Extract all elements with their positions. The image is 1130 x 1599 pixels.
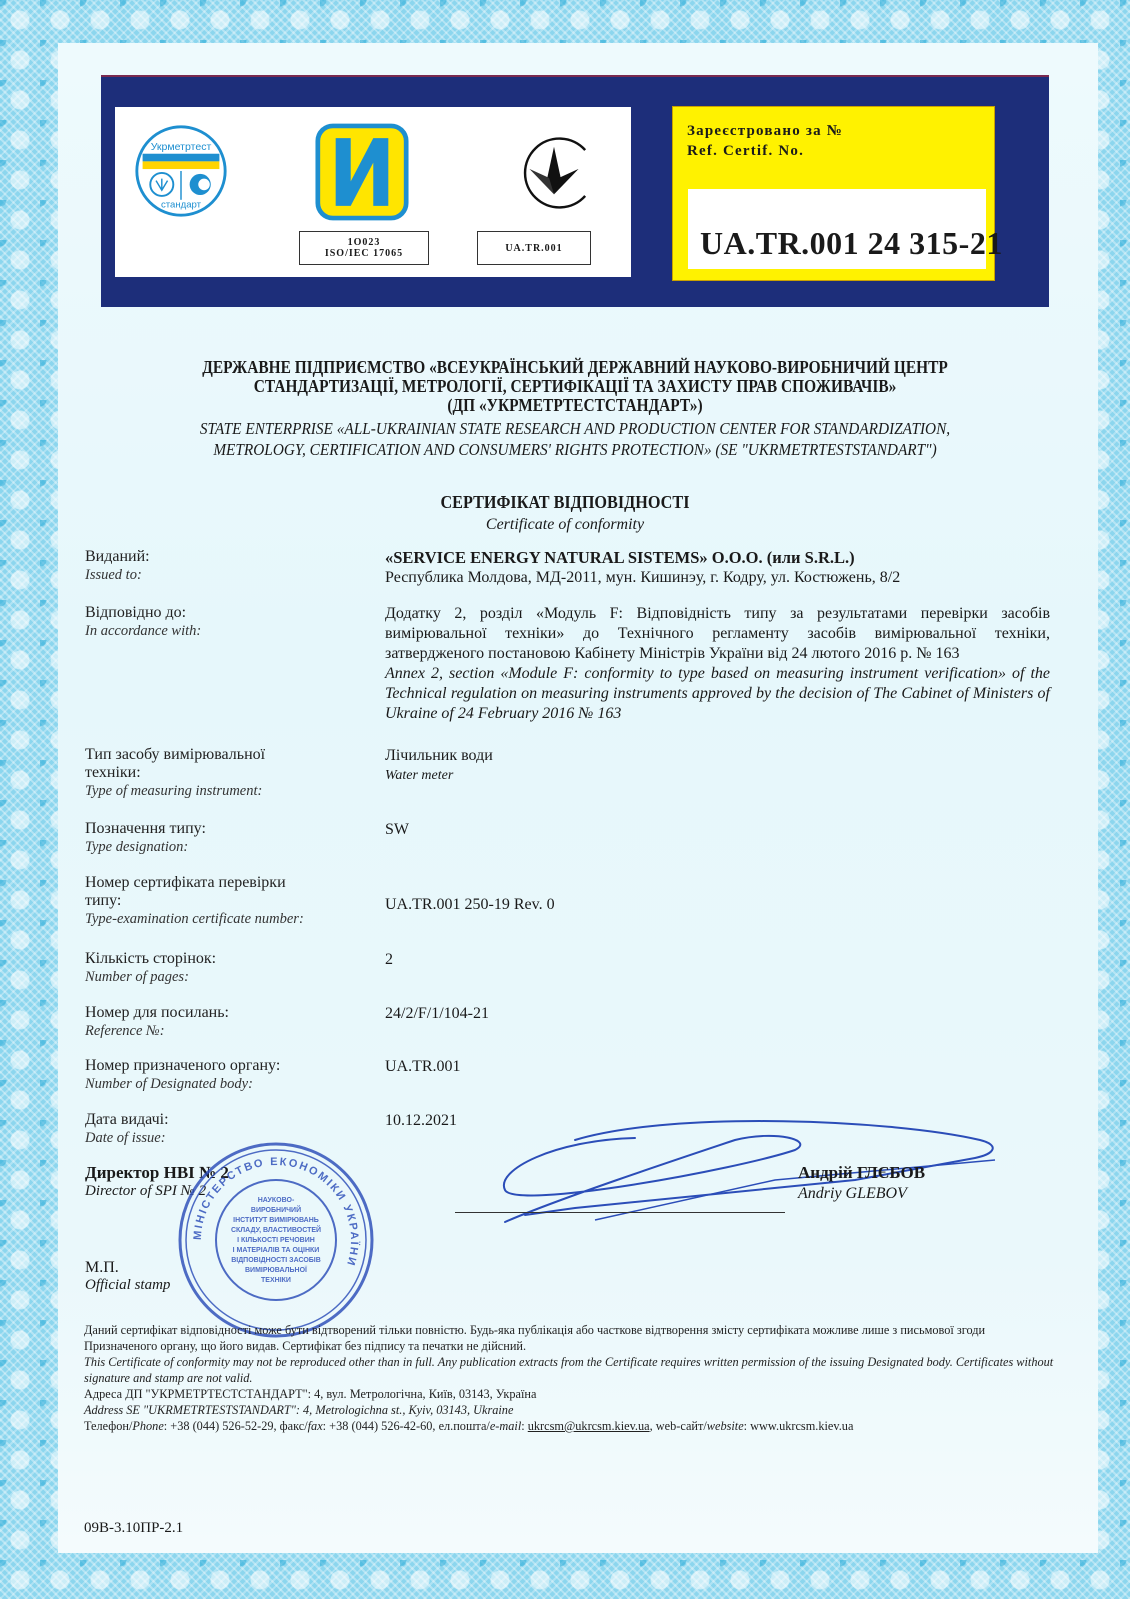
address-ua: Адреса ДП "УКРМЕТРТЕСТСТАНДАРТ": 4, вул.… [84,1386,1054,1402]
label-en: Type of measuring instrument: [85,782,365,800]
label-en: Reference №: [85,1022,365,1040]
org-en-line: STATE ENTERPRISE «ALL-UKRAINIAN STATE RE… [130,418,1021,439]
pages-value: 2 [385,950,1050,970]
label-ua: Позначення типу: [85,820,365,838]
svg-text:ІНСТИТУТ ВИМІРЮВАНЬ: ІНСТИТУТ ВИМІРЮВАНЬ [233,1217,319,1224]
label-ua: Номер сертифіката перевірки [85,874,365,892]
svg-text:ВИМІРЮВАЛЬНОЇ: ВИМІРЮВАЛЬНОЇ [245,1266,308,1274]
signer-name: Андрій ГЛЄБОВ Andriy GLEBOV [798,1163,925,1203]
field-value: «SERVICE ENERGY NATURAL SISTEMS» O.O.O. … [385,548,1050,588]
company-name: «SERVICE ENERGY NATURAL SISTEMS» O.O.O. … [385,548,1050,568]
registration-number-field: UA.TR.001 24 315-21 [688,189,986,269]
registration-number: UA.TR.001 24 315-21 [700,225,1003,262]
svg-text:стандарт: стандарт [161,199,202,210]
field-value: Лічильник води Water meter [385,746,1050,786]
svg-text:ТЕХНІКИ: ТЕХНІКИ [261,1277,291,1284]
type-exam-cert-value: UA.TR.001 250-19 Rev. 0 [385,895,1050,915]
svg-text:І МАТЕРІАЛІВ ТА ОЦІНКИ: І МАТЕРІАЛІВ ТА ОЦІНКИ [233,1247,320,1254]
registration-label-ua: Зареєстровано за № [687,121,843,141]
header-banner: Укрметртест стандарт 1O023 ISO/IEC 17065… [101,75,1049,307]
official-stamp-icon: МІНІСТЕРСТВО ЕКОНОМІКИ УКРАЇНИ НАУКОВО- … [176,1140,376,1340]
field-label: Відповідно до: In accordance with: [85,604,365,640]
registration-box: Зареєстровано за № Ref. Certif. No. UA.T… [672,106,995,281]
website-label-ua: , web-сайт/ [650,1419,707,1433]
accreditation-number-badge: 1O023 ISO/IEC 17065 [299,231,429,265]
iso-standard: ISO/IEC 17065 [300,248,428,259]
field-label: Тип засобу вимірювальної техніки: Type o… [85,746,365,800]
organization-name-en: STATE ENTERPRISE «ALL-UKRAINIAN STATE RE… [130,418,1021,460]
ukraine-conformity-mark-icon [513,125,595,221]
website-link[interactable]: : www.ukrcsm.kiev.ua [744,1419,854,1433]
svg-text:ВИРОБНИЧИЙ: ВИРОБНИЧИЙ [251,1205,301,1214]
label-en: Issued to: [85,566,365,584]
label-en: In accordance with: [85,622,365,640]
ukrmetrtest-logo-icon: Укрметртест стандарт [133,123,229,219]
label-ua: Відповідно до: [85,604,365,622]
org-en-line: METROLOGY, CERTIFICATION AND CONSUMERS' … [130,439,1021,460]
field-label: Позначення типу: Type designation: [85,820,365,856]
fax-label-en: fax [308,1419,323,1433]
notice-en: This Certificate of conformity may not b… [84,1354,1054,1386]
stamp-label: М.П. Official stamp [85,1259,170,1294]
phone-label-ua: Телефон/ [84,1419,132,1433]
svg-text:ВІДПОВІДНОСТІ ЗАСОБІВ: ВІДПОВІДНОСТІ ЗАСОБІВ [231,1257,321,1264]
label-ua: Номер призначеного органу: [85,1057,365,1075]
svg-text:СКЛАДУ, ВЛАСТИВОСТЕЙ: СКЛАДУ, ВЛАСТИВОСТЕЙ [231,1225,321,1234]
accreditation-id: 1O023 [300,237,428,248]
company-address: Республика Молдова, МД-2011, мун. Кишинэ… [385,568,1050,588]
label-ua: Кількість сторінок: [85,950,365,968]
email-label-ua: ел.пошта/ [439,1419,490,1433]
field-label: Кількість сторінок: Number of pages: [85,950,365,986]
label-ua: техніки: [85,764,365,782]
label-ua: Виданий: [85,548,365,566]
label-en: Type designation: [85,838,365,856]
label-ua: Номер для посилань: [85,1004,365,1022]
document-subtitle: Certificate of conformity [0,516,1130,534]
label-ua: Дата видачі: [85,1111,365,1129]
svg-text:І КІЛЬКОСТІ РЕЧОВИН: І КІЛЬКОСТІ РЕЧОВИН [237,1237,315,1244]
label-ua: типу: [85,892,365,910]
fax-label-ua: факс/ [280,1419,308,1433]
contacts-line: Телефон/Phone: +38 (044) 526-52-29, факс… [84,1418,1054,1434]
document-title: СЕРТИФІКАТ ВІДПОВІДНОСТІ [57,492,1074,513]
address-en: Address SE "UKRMETRTESTSTANDART": 4, Met… [84,1402,1054,1418]
field-label: Виданий: Issued to: [85,548,365,584]
document-code: 09В-3.10ПР-2.1 [84,1520,183,1537]
label-en: Number of Designated body: [85,1075,365,1093]
stamp-label-ua: М.П. [85,1259,170,1277]
logos-strip: Укрметртест стандарт 1O023 ISO/IEC 17065… [115,107,631,277]
body-number: UA.TR.001 [478,243,590,254]
website-label-en: website [707,1419,744,1433]
label-en: Type-examination certificate number: [85,910,365,928]
org-ua-line: СТАНДАРТИЗАЦІЇ, МЕТРОЛОГІЇ, СЕРТИФІКАЦІЇ… [139,377,1010,396]
signer-name-en: Andriy GLEBOV [798,1185,925,1203]
designated-body-value: UA.TR.001 [385,1057,1050,1077]
email-link[interactable]: ukrcsm@ukrcsm.kiev.ua [528,1419,650,1433]
instrument-type-en: Water meter [385,766,1050,786]
signer-name-ua: Андрій ГЛЄБОВ [798,1163,925,1183]
field-value: Додатку 2, розділ «Модуль F: Відповідніс… [385,604,1050,724]
phone-label-en: Phone [132,1419,163,1433]
stamp-label-en: Official stamp [85,1277,170,1294]
accordance-ua: Додатку 2, розділ «Модуль F: Відповідніс… [385,604,1050,664]
signature-line [455,1212,785,1213]
organization-name-ua: ДЕРЖАВНЕ ПІДПРИЄМСТВО «ВСЕУКРАЇНСЬКИЙ ДЕ… [139,358,1010,415]
fax-number: : +38 (044) 526-42-60, [323,1419,439,1433]
label-en: Number of pages: [85,968,365,986]
footer-notice: Даний сертифікат відповідності може бути… [84,1322,1054,1434]
field-label: Номер сертифіката перевірки типу: Type-e… [85,874,365,928]
registration-label-en: Ref. Certif. No. [687,141,843,161]
registration-label: Зареєстровано за № Ref. Certif. No. [687,121,843,161]
notice-ua: Даний сертифікат відповідності може бути… [84,1322,1054,1354]
accordance-en: Annex 2, section «Module F: conformity t… [385,664,1050,724]
accreditation-logo-icon [315,123,409,221]
org-ua-line: (ДП «УКРМЕТРТЕСТСТАНДАРТ») [139,396,1010,415]
phone-number: : +38 (044) 526-52-29, [164,1419,280,1433]
org-ua-line: ДЕРЖАВНЕ ПІДПРИЄМСТВО «ВСЕУКРАЇНСЬКИЙ ДЕ… [139,358,1010,377]
email-label-en: e-mail [490,1419,521,1433]
field-label: Номер призначеного органу: Number of Des… [85,1057,365,1093]
reference-value: 24/2/F/1/104-21 [385,1004,1050,1024]
label-ua: Тип засобу вимірювальної [85,746,365,764]
body-number-badge: UA.TR.001 [477,231,591,265]
svg-text:НАУКОВО-: НАУКОВО- [258,1197,295,1204]
field-label: Номер для посилань: Reference №: [85,1004,365,1040]
type-designation-value: SW [385,820,1050,840]
svg-text:Укрметртест: Укрметртест [151,141,212,153]
instrument-type-ua: Лічильник води [385,746,1050,766]
